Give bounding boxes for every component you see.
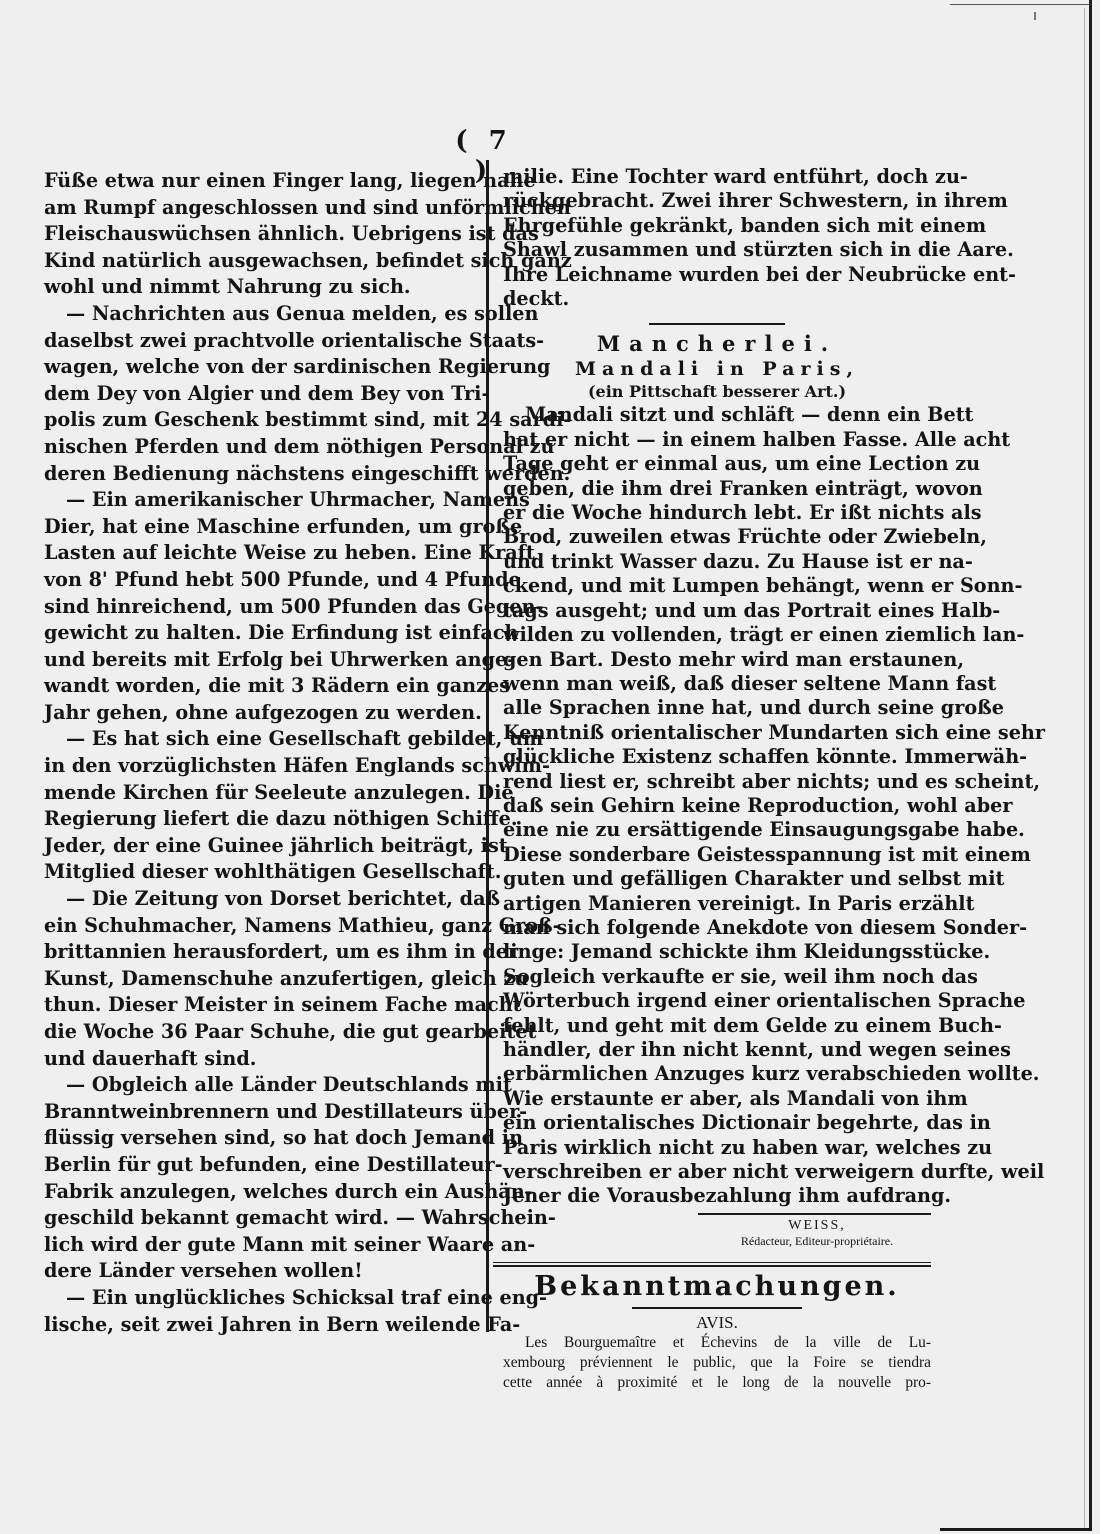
text-line: Jeder, der eine Guinee jährlich beiträgt…	[44, 833, 468, 860]
text-line: daselbst zwei prachtvolle orientalische …	[44, 328, 468, 355]
avis-line: Les Bourguemaître et Échevins de la vill…	[503, 1333, 931, 1353]
text-line: wohl und nimmt Nahrung zu sich.	[44, 274, 468, 301]
page-edge-right	[1089, 0, 1092, 1530]
text-line: die Woche 36 Paar Schuhe, die gut gearbe…	[44, 1019, 468, 1046]
text-line: mende Kirchen für Seeleute anzulegen. Di…	[44, 780, 468, 807]
text-line: Mitglied dieser wohlthätigen Gesellschaf…	[44, 859, 468, 886]
text-line: wandt worden, die mit 3 Rädern ein ganze…	[44, 673, 468, 700]
text-line: — Obgleich alle Länder Deutschlands mit	[44, 1072, 468, 1099]
text-line: Kunst, Damenschuhe anzufertigen, gleich …	[44, 966, 468, 993]
text-line: deren Bedienung nächstens eingeschifft w…	[44, 461, 468, 488]
text-line: rend liest er, schreibt aber nichts; und…	[503, 770, 931, 794]
text-line: thun. Dieser Meister in seinem Fache mac…	[44, 992, 468, 1019]
article-title: Mandali in Paris,	[503, 357, 931, 381]
page-edge-shadow	[1084, 8, 1085, 1528]
text-line: ckend, und mit Lumpen behängt, wenn er S…	[503, 574, 931, 598]
text-line: Jahr gehen, ohne aufgezogen zu werden.	[44, 700, 468, 727]
text-line: man sich folgende Anekdote von diesem So…	[503, 916, 931, 940]
text-line: rückgebracht. Zwei ihrer Schwestern, in …	[503, 189, 931, 213]
text-line: dem Dey von Algier und dem Bey von Tri-	[44, 381, 468, 408]
text-line: gen Bart. Desto mehr wird man erstaunen,	[503, 648, 931, 672]
text-line: eine nie zu ersättigende Einsaugungsgabe…	[503, 818, 931, 842]
text-line: Füße etwa nur einen Finger lang, liegen …	[44, 168, 468, 195]
text-line: hat er nicht — in einem halben Fasse. Al…	[503, 428, 931, 452]
text-line: Kind natürlich ausgewachsen, befindet si…	[44, 248, 468, 275]
text-line: Berlin für gut befunden, eine Destillate…	[44, 1152, 468, 1179]
text-line: und trinkt Wasser dazu. Zu Hause ist er …	[503, 550, 931, 574]
text-line: alle Sprachen inne hat, und durch seine …	[503, 696, 931, 720]
text-line: deckt.	[503, 287, 931, 311]
text-line: Fleischauswüchsen ähnlich. Uebrigens ist…	[44, 221, 468, 248]
announcements-double-rule	[493, 1262, 931, 1267]
text-line: artigen Manieren vereinigt. In Paris erz…	[503, 892, 931, 916]
text-line: — Nachrichten aus Genua melden, es solle…	[44, 301, 468, 328]
text-line: — Ein amerikanischer Uhrmacher, Namens	[44, 487, 468, 514]
signature-name: WEISS,	[503, 1218, 931, 1234]
avis-line: xembourg préviennent le public, que la F…	[503, 1353, 931, 1373]
right-column: milie. Eine Tochter ward entführt, doch …	[503, 165, 931, 1393]
text-line: wenn man weiß, daß dieser seltene Mann f…	[503, 672, 931, 696]
text-line: fehlt, und geht mit dem Gelde zu einem B…	[503, 1014, 931, 1038]
page-edge-bottom	[940, 1528, 1092, 1531]
text-line: von 8' Pfund hebt 500 Pfunde, und 4 Pfun…	[44, 567, 468, 594]
text-line: — Die Zeitung von Dorset berichtet, daß	[44, 886, 468, 913]
text-line: daß sein Gehirn keine Reproduction, wohl…	[503, 794, 931, 818]
text-line: Shawl zusammen und stürzten sich in die …	[503, 238, 931, 262]
text-line: händler, der ihn nicht kennt, und wegen …	[503, 1038, 931, 1062]
text-line: Tage geht er einmal aus, um eine Lection…	[503, 452, 931, 476]
section-heading: Mancherlei.	[503, 331, 931, 357]
announcements-heading: Bekanntmachungen.	[503, 1269, 931, 1305]
text-line: glückliche Existenz schaffen könnte. Imm…	[503, 745, 931, 769]
text-line: — Ein unglückliches Schicksal traf eine …	[44, 1285, 468, 1312]
text-line: am Rumpf angeschlossen und sind unförmli…	[44, 195, 468, 222]
signature-rule	[698, 1213, 931, 1215]
text-line: Brod, zuweilen etwas Früchte oder Zwiebe…	[503, 525, 931, 549]
text-line: Sogleich verkaufte er sie, weil ihm noch…	[503, 965, 931, 989]
text-line: guten und gefälligen Charakter und selbs…	[503, 867, 931, 891]
text-line: Ehrgefühle gekränkt, banden sich mit ein…	[503, 214, 931, 238]
text-line: nischen Pferden und dem nöthigen Persona…	[44, 434, 468, 461]
text-line: wilden zu vollenden, trägt er einen ziem…	[503, 623, 931, 647]
section-rule	[649, 323, 785, 325]
text-line: erbärmlichen Anzuges kurz verabschieden …	[503, 1062, 931, 1086]
text-line: — Es hat sich eine Gesellschaft gebildet…	[44, 726, 468, 753]
text-line: in den vorzüglichsten Häfen Englands sch…	[44, 753, 468, 780]
text-line: ein Schuhmacher, Namens Mathieu, ganz Gr…	[44, 913, 468, 940]
text-line: Wie erstaunte er aber, als Mandali von i…	[503, 1087, 931, 1111]
text-line: Branntweinbrennern und Destillateurs übe…	[44, 1099, 468, 1126]
text-line: lische, seit zwei Jahren in Bern weilend…	[44, 1312, 468, 1339]
text-line: flüssig versehen sind, so hat doch Jeman…	[44, 1125, 468, 1152]
text-line: dere Länder versehen wollen!	[44, 1258, 468, 1285]
text-line: verschreiben er aber nicht verweigern du…	[503, 1160, 931, 1184]
article-subtitle: (ein Pittschaft besserer Art.)	[503, 381, 931, 403]
text-line: Paris wirklich nicht zu haben war, welch…	[503, 1136, 931, 1160]
text-line: und dauerhaft sind.	[44, 1046, 468, 1073]
text-line: brittannien herausfordert, um es ihm in …	[44, 939, 468, 966]
announcements-rule	[632, 1307, 802, 1309]
text-line: Ihre Leichname wurden bei der Neubrücke …	[503, 263, 931, 287]
text-line: Mandali sitzt und schläft — denn ein Bet…	[503, 403, 931, 427]
text-line: Lasten auf leichte Weise zu heben. Eine …	[44, 540, 468, 567]
page-edge-top	[950, 4, 1092, 5]
text-line: gewicht zu halten. Die Erfindung ist ein…	[44, 620, 468, 647]
text-line: Kenntniß orientalischer Mundarten sich e…	[503, 721, 931, 745]
avis-line: cette année à proximité et le long de la…	[503, 1373, 931, 1393]
text-line: polis zum Geschenk bestimmt sind, mit 24…	[44, 407, 468, 434]
text-line: er die Woche hindurch lebt. Er ißt nicht…	[503, 501, 931, 525]
scan-mark	[1034, 12, 1036, 20]
text-line: Diese sonderbare Geistesspannung ist mit…	[503, 843, 931, 867]
text-line: Jener die Vorausbezahlung ihm aufdrang.	[503, 1184, 931, 1208]
text-line: und bereits mit Erfolg bei Uhrwerken ang…	[44, 647, 468, 674]
text-line: geschild bekannt gemacht wird. — Wahrsch…	[44, 1205, 468, 1232]
text-line: ein orientalisches Dictionair begehrte, …	[503, 1111, 931, 1135]
text-line: geben, die ihm drei Franken einträgt, wo…	[503, 477, 931, 501]
text-line: Regierung liefert die dazu nöthigen Schi…	[44, 806, 468, 833]
text-line: lich wird der gute Mann mit seiner Waare…	[44, 1232, 468, 1259]
left-column: Füße etwa nur einen Finger lang, liegen …	[44, 168, 468, 1338]
avis-title: AVIS.	[503, 1313, 931, 1333]
text-line: sind hinreichend, um 500 Pfunden das Geg…	[44, 594, 468, 621]
text-line: tags ausgeht; und um das Portrait eines …	[503, 599, 931, 623]
text-line: Fabrik anzulegen, welches durch ein Aush…	[44, 1179, 468, 1206]
text-line: milie. Eine Tochter ward entführt, doch …	[503, 165, 931, 189]
signature-title: Rédacteur, Editeur-propriétaire.	[503, 1234, 931, 1248]
text-line: Dier, hat eine Maschine erfunden, um gro…	[44, 514, 468, 541]
text-line: wagen, welche von der sardinischen Regie…	[44, 354, 468, 381]
text-line: linge: Jemand schickte ihm Kleidungsstüc…	[503, 940, 931, 964]
text-line: Wörterbuch irgend einer orientalischen S…	[503, 989, 931, 1013]
